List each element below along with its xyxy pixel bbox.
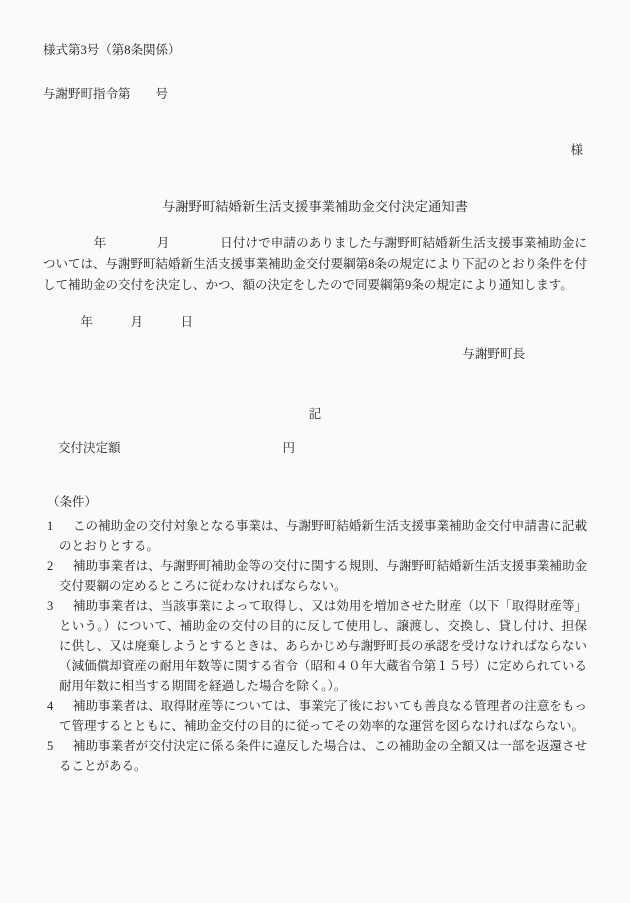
- condition-number: 5: [47, 736, 53, 756]
- condition-item-2: 2 補助事業者は、与謝野町補助金等の交付に関する規則、与謝野町結婚新生活支援事業…: [43, 556, 587, 596]
- condition-item-5: 5 補助事業者が交付決定に係る条件に違反した場合は、この補助金の全額又は一部を返…: [43, 736, 587, 776]
- condition-text: 補助事業者が交付決定に係る条件に違反した場合は、この補助金の全額又は一部を返還さ…: [59, 739, 587, 773]
- condition-item-1: 1 この補助金の交付対象となる事業は、与謝野町結婚新生活支援事業補助金交付申請書…: [43, 516, 587, 556]
- document-title: 与謝野町結婚新生活支援事業補助金交付決定通知書: [43, 196, 587, 217]
- condition-item-3: 3 補助事業者は、当該事業によって取得し、又は効用を増加させた財産（以下「取得財…: [43, 596, 587, 696]
- condition-text: 補助事業者は、与謝野町補助金等の交付に関する規則、与謝野町結婚新生活支援事業補助…: [59, 559, 587, 593]
- condition-number: 1: [47, 516, 53, 536]
- condition-text: この補助金の交付対象となる事業は、与謝野町結婚新生活支援事業補助金交付申請書に記…: [59, 519, 587, 553]
- grant-amount-value-blank: [121, 451, 283, 452]
- condition-number: 4: [47, 696, 53, 716]
- directive-number-line: 与謝野町指令第 号: [43, 84, 587, 104]
- condition-item-4: 4 補助事業者は、取得財産等については、事業完了後においても善良なる管理者の注意…: [43, 696, 587, 736]
- condition-text: 補助事業者は、取得財産等については、事業完了後においても善良なる管理者の注意をも…: [59, 699, 587, 733]
- condition-text: 補助事業者は、当該事業によって取得し、又は効用を増加させた財産（以下「取得財産等…: [59, 599, 587, 693]
- form-number: 様式第3号（第8条関係）: [43, 0, 587, 60]
- condition-number: 2: [47, 556, 53, 576]
- condition-number: 3: [47, 596, 53, 616]
- conditions-list: 1 この補助金の交付対象となる事業は、与謝野町結婚新生活支援事業補助金交付申請書…: [43, 516, 587, 776]
- grant-amount-line: 交付決定額円: [43, 438, 587, 458]
- conditions-heading: （条件）: [43, 492, 587, 512]
- grant-amount-label: 交付決定額: [58, 441, 121, 455]
- document-page: 様式第3号（第8条関係） 与謝野町指令第 号 様 与謝野町結婚新生活支援事業補助…: [0, 0, 630, 903]
- issuer-title: 与謝野町長: [43, 344, 587, 364]
- grant-amount-unit: 円: [283, 441, 296, 455]
- notification-body-paragraph: 年 月 日付けで申請のありました与謝野町結婚新生活支援事業補助金については、与謝…: [43, 233, 587, 296]
- addressee-honorific: 様: [43, 140, 587, 160]
- issue-date-line: 年 月 日: [43, 312, 587, 332]
- record-marker: 記: [43, 404, 587, 424]
